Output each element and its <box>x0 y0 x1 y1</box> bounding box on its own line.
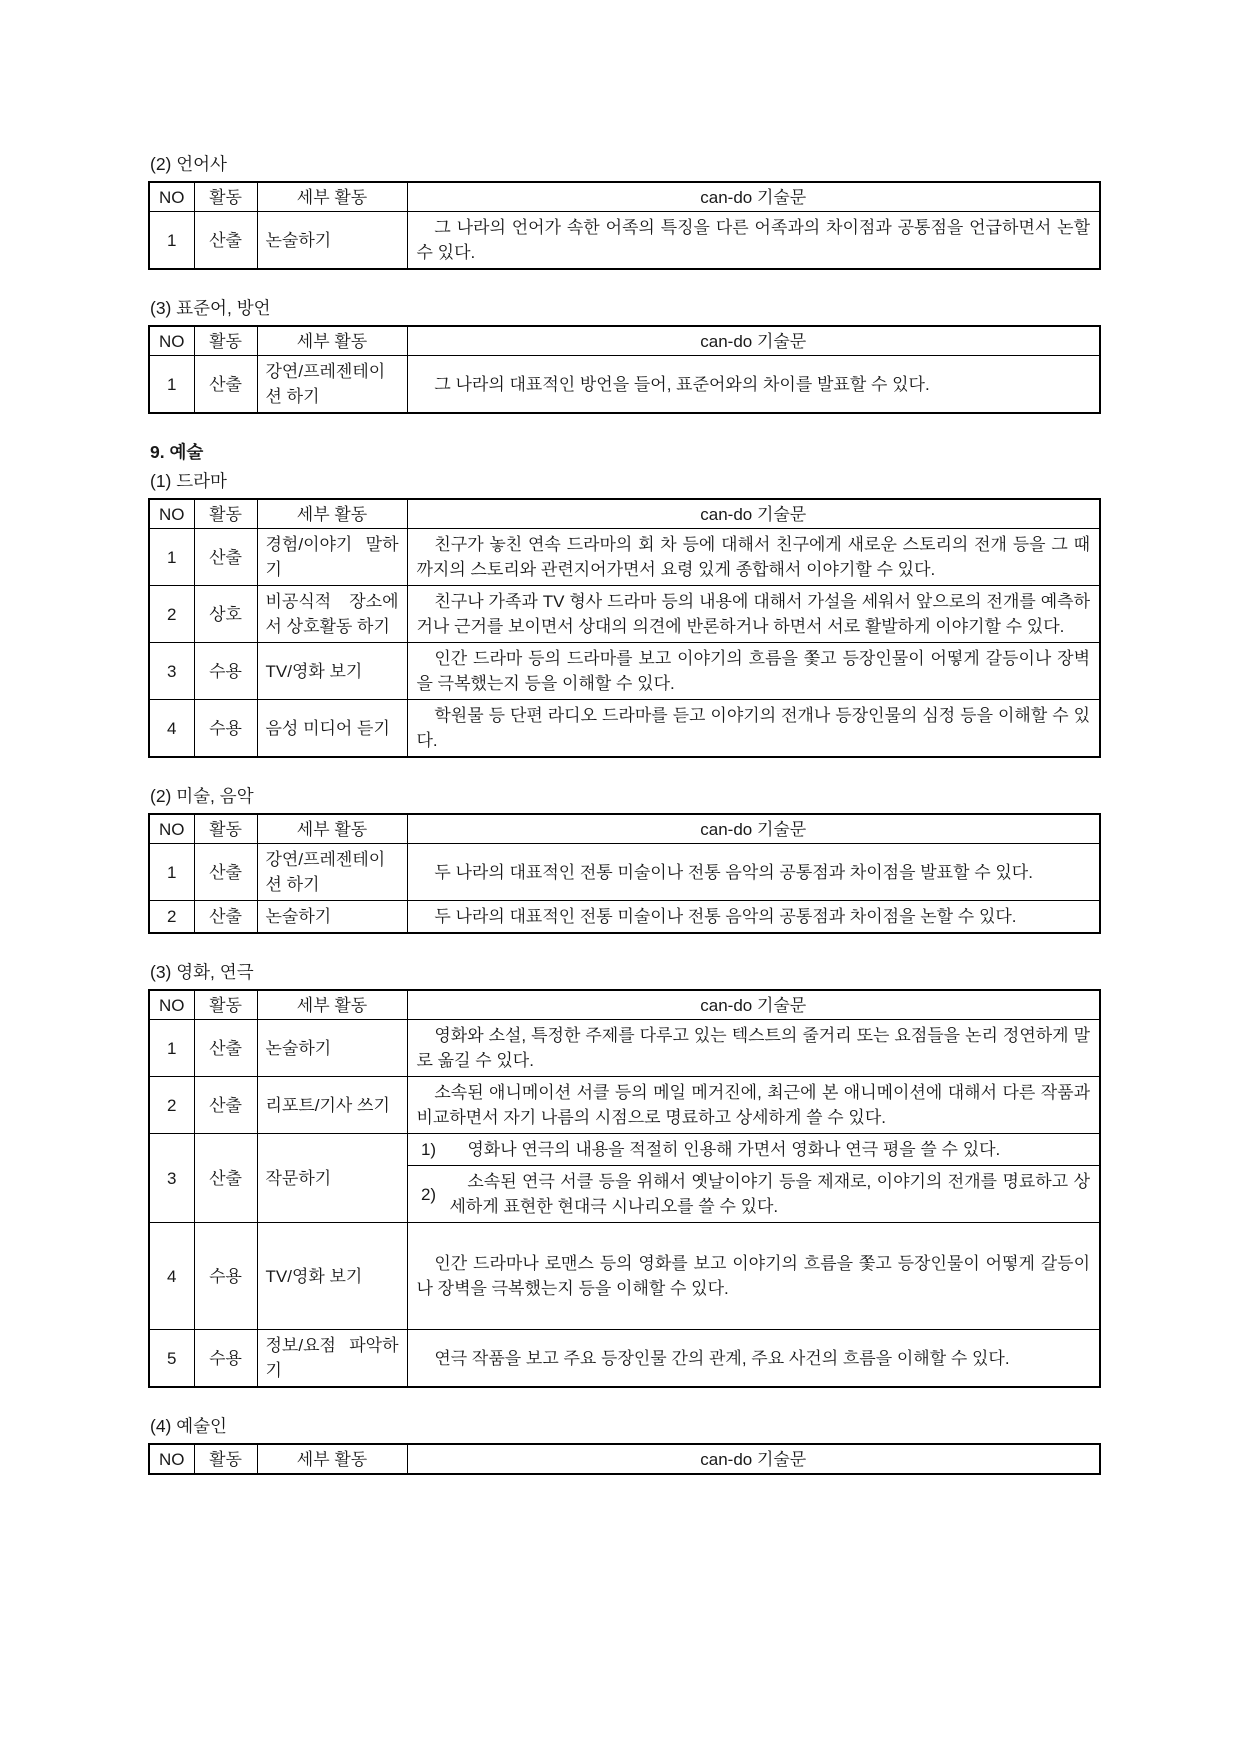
cando-item-text: 친구나 가족과 TV 형사 드라마 등의 내용에 대해서 가설을 세워서 앞으로… <box>408 586 1100 642</box>
cando-item: 인간 드라마 등의 드라마를 보고 이야기의 흐름을 쫓고 등장인물이 어떻게 … <box>408 643 1100 699</box>
detail-cell: TV/영화 보기 <box>257 643 407 700</box>
document-body: (2) 언어사NO활동세부 활동can-do 기술문1산출논술하기그 나라의 언… <box>148 152 1101 1475</box>
cando-item: 그 나라의 대표적인 방언을 들어, 표준어와의 차이를 발표할 수 있다. <box>408 369 1100 400</box>
cando-item-text: 그 나라의 대표적인 방언을 들어, 표준어와의 차이를 발표할 수 있다. <box>408 369 1100 400</box>
cando-item: 친구가 놓친 연속 드라마의 회 차 등에 대해서 친구에게 새로운 스토리의 … <box>408 529 1100 585</box>
table-head: NO활동세부 활동can-do 기술문 <box>149 326 1100 356</box>
table-body: 1산출강연/프레젠테이션 하기그 나라의 대표적인 방언을 들어, 표준어와의 … <box>149 356 1100 414</box>
activity-cell: 산출 <box>194 901 257 934</box>
table-row: 1산출논술하기영화와 소설, 특정한 주제를 다루고 있는 텍스트의 줄거리 또… <box>149 1020 1100 1077</box>
table-body: 1산출논술하기그 나라의 언어가 속한 어족의 특징을 다른 어족과의 차이점과… <box>149 212 1100 270</box>
table-row: 3수용TV/영화 보기인간 드라마 등의 드라마를 보고 이야기의 흐름을 쫓고… <box>149 643 1100 700</box>
detail-cell: 논술하기 <box>257 212 407 270</box>
activity-cell: 수용 <box>194 1330 257 1388</box>
cando-item-text: 인간 드라마 등의 드라마를 보고 이야기의 흐름을 쫓고 등장인물이 어떻게 … <box>408 643 1100 699</box>
col-header-activity: 활동 <box>194 499 257 529</box>
cando-table: NO활동세부 활동can-do 기술문1산출경험/이야기 말하기친구가 놓친 연… <box>148 498 1101 758</box>
section: (2) 미술, 음악NO활동세부 활동can-do 기술문1산출강연/프레젠테이… <box>148 784 1101 934</box>
header-row: NO활동세부 활동can-do 기술문 <box>149 326 1100 356</box>
cando-cell: 영화와 소설, 특정한 주제를 다루고 있는 텍스트의 줄거리 또는 요점들을 … <box>407 1020 1100 1077</box>
col-header-no: NO <box>149 182 194 212</box>
table-row: 1산출강연/프레젠테이션 하기두 나라의 대표적인 전통 미술이나 전통 음악의… <box>149 844 1100 901</box>
no-cell: 4 <box>149 1223 194 1330</box>
cando-cell: 친구나 가족과 TV 형사 드라마 등의 내용에 대해서 가설을 세워서 앞으로… <box>407 586 1100 643</box>
cando-item: 두 나라의 대표적인 전통 미술이나 전통 음악의 공통점과 차이점을 논할 수… <box>408 901 1100 932</box>
header-row: NO활동세부 활동can-do 기술문 <box>149 814 1100 844</box>
cando-cell: 그 나라의 대표적인 방언을 들어, 표준어와의 차이를 발표할 수 있다. <box>407 356 1100 414</box>
col-header-activity: 활동 <box>194 1444 257 1474</box>
activity-cell: 산출 <box>194 1077 257 1134</box>
no-cell: 2 <box>149 586 194 643</box>
no-cell: 3 <box>149 1134 194 1223</box>
col-header-activity: 활동 <box>194 990 257 1020</box>
cando-cell: 친구가 놓친 연속 드라마의 회 차 등에 대해서 친구에게 새로운 스토리의 … <box>407 529 1100 586</box>
col-header-no: NO <box>149 326 194 356</box>
table-body: 1산출강연/프레젠테이션 하기두 나라의 대표적인 전통 미술이나 전통 음악의… <box>149 844 1100 934</box>
cando-item-text: 소속된 애니메이션 서클 등의 메일 메거진에, 최근에 본 애니메이션에 대해… <box>408 1077 1100 1133</box>
activity-cell: 산출 <box>194 212 257 270</box>
col-header-cando: can-do 기술문 <box>407 182 1100 212</box>
col-header-activity: 활동 <box>194 326 257 356</box>
activity-cell: 수용 <box>194 643 257 700</box>
table-row: 2산출리포트/기사 쓰기소속된 애니메이션 서클 등의 메일 메거진에, 최근에… <box>149 1077 1100 1134</box>
no-cell: 2 <box>149 1077 194 1134</box>
cando-cell: 소속된 애니메이션 서클 등의 메일 메거진에, 최근에 본 애니메이션에 대해… <box>407 1077 1100 1134</box>
cando-item-text: 영화나 연극의 내용을 적절히 인용해 가면서 영화나 연극 평을 쓸 수 있다… <box>450 1134 1100 1165</box>
detail-cell: 리포트/기사 쓰기 <box>257 1077 407 1134</box>
cando-table: NO활동세부 활동can-do 기술문1산출논술하기영화와 소설, 특정한 주제… <box>148 989 1101 1388</box>
cando-cell: 그 나라의 언어가 속한 어족의 특징을 다른 어족과의 차이점과 공통점을 언… <box>407 212 1100 270</box>
table-row: 3산출작문하기1)영화나 연극의 내용을 적절히 인용해 가면서 영화나 연극 … <box>149 1134 1100 1223</box>
cando-item: 친구나 가족과 TV 형사 드라마 등의 내용에 대해서 가설을 세워서 앞으로… <box>408 586 1100 642</box>
table-row: 4수용음성 미디어 듣기학원물 등 단편 라디오 드라마를 듣고 이야기의 전개… <box>149 700 1100 758</box>
cando-item-text: 친구가 놓친 연속 드라마의 회 차 등에 대해서 친구에게 새로운 스토리의 … <box>408 529 1100 585</box>
table-head: NO활동세부 활동can-do 기술문 <box>149 499 1100 529</box>
cando-item-text: 연극 작품을 보고 주요 등장인물 간의 관계, 주요 사건의 흐름을 이해할 … <box>408 1343 1100 1374</box>
no-cell: 3 <box>149 643 194 700</box>
detail-cell: TV/영화 보기 <box>257 1223 407 1330</box>
section-label: (2) 언어사 <box>150 152 1101 177</box>
cando-item: 2)소속된 연극 서클 등을 위해서 옛날이야기 등을 제재로, 이야기의 전개… <box>408 1165 1100 1222</box>
cando-table: NO활동세부 활동can-do 기술문1산출논술하기그 나라의 언어가 속한 어… <box>148 181 1101 270</box>
detail-cell: 논술하기 <box>257 1020 407 1077</box>
header-row: NO활동세부 활동can-do 기술문 <box>149 990 1100 1020</box>
table-row: 2상호비공식적 장소에서 상호활동 하기친구나 가족과 TV 형사 드라마 등의… <box>149 586 1100 643</box>
no-cell: 4 <box>149 700 194 758</box>
no-cell: 1 <box>149 356 194 414</box>
detail-cell: 작문하기 <box>257 1134 407 1223</box>
activity-cell: 산출 <box>194 1134 257 1223</box>
col-header-detail: 세부 활동 <box>257 182 407 212</box>
document-page: (2) 언어사NO활동세부 활동can-do 기술문1산출논술하기그 나라의 언… <box>0 0 1240 1753</box>
detail-cell: 음성 미디어 듣기 <box>257 700 407 758</box>
col-header-detail: 세부 활동 <box>257 1444 407 1474</box>
cando-item: 인간 드라마나 로맨스 등의 영화를 보고 이야기의 흐름을 쫓고 등장인물이 … <box>408 1248 1100 1304</box>
col-header-cando: can-do 기술문 <box>407 814 1100 844</box>
cando-item-text: 그 나라의 언어가 속한 어족의 특징을 다른 어족과의 차이점과 공통점을 언… <box>408 212 1100 268</box>
cando-item-text: 두 나라의 대표적인 전통 미술이나 전통 음악의 공통점과 차이점을 논할 수… <box>408 901 1100 932</box>
cando-item-text: 인간 드라마나 로맨스 등의 영화를 보고 이야기의 흐름을 쫓고 등장인물이 … <box>408 1248 1100 1304</box>
section: (2) 언어사NO활동세부 활동can-do 기술문1산출논술하기그 나라의 언… <box>148 152 1101 270</box>
cando-table: NO활동세부 활동can-do 기술문1산출강연/프레젠테이션 하기두 나라의 … <box>148 813 1101 934</box>
col-header-cando: can-do 기술문 <box>407 990 1100 1020</box>
detail-cell: 강연/프레젠테이션 하기 <box>257 844 407 901</box>
table-row: 1산출논술하기그 나라의 언어가 속한 어족의 특징을 다른 어족과의 차이점과… <box>149 212 1100 270</box>
col-header-no: NO <box>149 499 194 529</box>
cando-table: NO활동세부 활동can-do 기술문1산출강연/프레젠테이션 하기그 나라의 … <box>148 325 1101 414</box>
col-header-detail: 세부 활동 <box>257 499 407 529</box>
col-header-cando: can-do 기술문 <box>407 499 1100 529</box>
col-header-cando: can-do 기술문 <box>407 1444 1100 1474</box>
no-cell: 2 <box>149 901 194 934</box>
cando-item: 학원물 등 단편 라디오 드라마를 듣고 이야기의 전개나 등장인물의 심정 등… <box>408 700 1100 756</box>
col-header-activity: 활동 <box>194 814 257 844</box>
table-head: NO활동세부 활동can-do 기술문 <box>149 990 1100 1020</box>
cando-cell: 두 나라의 대표적인 전통 미술이나 전통 음악의 공통점과 차이점을 논할 수… <box>407 901 1100 934</box>
table-row: 5수용정보/요점 파악하기연극 작품을 보고 주요 등장인물 간의 관계, 주요… <box>149 1330 1100 1388</box>
cando-item: 영화와 소설, 특정한 주제를 다루고 있는 텍스트의 줄거리 또는 요점들을 … <box>408 1020 1100 1076</box>
cando-cell: 연극 작품을 보고 주요 등장인물 간의 관계, 주요 사건의 흐름을 이해할 … <box>407 1330 1100 1388</box>
cando-item-marker: 1) <box>408 1137 450 1162</box>
table-body: 1산출경험/이야기 말하기친구가 놓친 연속 드라마의 회 차 등에 대해서 친… <box>149 529 1100 758</box>
detail-cell: 논술하기 <box>257 901 407 934</box>
cando-item: 두 나라의 대표적인 전통 미술이나 전통 음악의 공통점과 차이점을 발표할 … <box>408 857 1100 888</box>
no-cell: 5 <box>149 1330 194 1388</box>
detail-cell: 경험/이야기 말하기 <box>257 529 407 586</box>
no-cell: 1 <box>149 844 194 901</box>
cando-cell: 인간 드라마나 로맨스 등의 영화를 보고 이야기의 흐름을 쫓고 등장인물이 … <box>407 1223 1100 1330</box>
activity-cell: 산출 <box>194 1020 257 1077</box>
activity-cell: 수용 <box>194 1223 257 1330</box>
col-header-cando: can-do 기술문 <box>407 326 1100 356</box>
table-head: NO활동세부 활동can-do 기술문 <box>149 182 1100 212</box>
cando-cell: 인간 드라마 등의 드라마를 보고 이야기의 흐름을 쫓고 등장인물이 어떻게 … <box>407 643 1100 700</box>
section-heading: 9. 예술 <box>150 440 1101 465</box>
cando-table: NO활동세부 활동can-do 기술문 <box>148 1443 1101 1475</box>
col-header-no: NO <box>149 814 194 844</box>
header-row: NO활동세부 활동can-do 기술문 <box>149 182 1100 212</box>
section-label: (2) 미술, 음악 <box>150 784 1101 809</box>
section-label: (3) 표준어, 방언 <box>150 296 1101 321</box>
col-header-detail: 세부 활동 <box>257 326 407 356</box>
table-body: 1산출논술하기영화와 소설, 특정한 주제를 다루고 있는 텍스트의 줄거리 또… <box>149 1020 1100 1388</box>
cando-cell: 학원물 등 단편 라디오 드라마를 듣고 이야기의 전개나 등장인물의 심정 등… <box>407 700 1100 758</box>
cando-item: 그 나라의 언어가 속한 어족의 특징을 다른 어족과의 차이점과 공통점을 언… <box>408 212 1100 268</box>
col-header-no: NO <box>149 1444 194 1474</box>
detail-cell: 강연/프레젠테이션 하기 <box>257 356 407 414</box>
table-row: 2산출논술하기두 나라의 대표적인 전통 미술이나 전통 음악의 공통점과 차이… <box>149 901 1100 934</box>
header-row: NO활동세부 활동can-do 기술문 <box>149 1444 1100 1474</box>
detail-cell: 정보/요점 파악하기 <box>257 1330 407 1388</box>
col-header-detail: 세부 활동 <box>257 990 407 1020</box>
table-head: NO활동세부 활동can-do 기술문 <box>149 814 1100 844</box>
section: (3) 표준어, 방언NO활동세부 활동can-do 기술문1산출강연/프레젠테… <box>148 296 1101 414</box>
activity-cell: 산출 <box>194 844 257 901</box>
cando-item: 1)영화나 연극의 내용을 적절히 인용해 가면서 영화나 연극 평을 쓸 수 … <box>408 1134 1100 1165</box>
detail-cell: 비공식적 장소에서 상호활동 하기 <box>257 586 407 643</box>
table-row: 1산출강연/프레젠테이션 하기그 나라의 대표적인 방언을 들어, 표준어와의 … <box>149 356 1100 414</box>
activity-cell: 산출 <box>194 529 257 586</box>
section: (3) 영화, 연극NO활동세부 활동can-do 기술문1산출논술하기영화와 … <box>148 960 1101 1388</box>
activity-cell: 산출 <box>194 356 257 414</box>
cando-item: 연극 작품을 보고 주요 등장인물 간의 관계, 주요 사건의 흐름을 이해할 … <box>408 1343 1100 1374</box>
activity-cell: 상호 <box>194 586 257 643</box>
cando-item: 소속된 애니메이션 서클 등의 메일 메거진에, 최근에 본 애니메이션에 대해… <box>408 1077 1100 1133</box>
no-cell: 1 <box>149 529 194 586</box>
cando-item-text: 소속된 연극 서클 등을 위해서 옛날이야기 등을 제재로, 이야기의 전개를 … <box>450 1166 1100 1222</box>
section: (4) 예술인NO활동세부 활동can-do 기술문 <box>148 1414 1101 1475</box>
section: 9. 예술(1) 드라마NO활동세부 활동can-do 기술문1산출경험/이야기… <box>148 440 1101 758</box>
header-row: NO활동세부 활동can-do 기술문 <box>149 499 1100 529</box>
table-head: NO활동세부 활동can-do 기술문 <box>149 1444 1100 1474</box>
no-cell: 1 <box>149 1020 194 1077</box>
activity-cell: 수용 <box>194 700 257 758</box>
no-cell: 1 <box>149 212 194 270</box>
cando-item-text: 학원물 등 단편 라디오 드라마를 듣고 이야기의 전개나 등장인물의 심정 등… <box>408 700 1100 756</box>
section-label: (1) 드라마 <box>150 469 1101 494</box>
cando-cell: 1)영화나 연극의 내용을 적절히 인용해 가면서 영화나 연극 평을 쓸 수 … <box>407 1134 1100 1223</box>
table-row: 4수용TV/영화 보기인간 드라마나 로맨스 등의 영화를 보고 이야기의 흐름… <box>149 1223 1100 1330</box>
cando-item-text: 두 나라의 대표적인 전통 미술이나 전통 음악의 공통점과 차이점을 발표할 … <box>408 857 1100 888</box>
col-header-detail: 세부 활동 <box>257 814 407 844</box>
cando-item-marker: 2) <box>408 1182 450 1207</box>
col-header-activity: 활동 <box>194 182 257 212</box>
cando-item-text: 영화와 소설, 특정한 주제를 다루고 있는 텍스트의 줄거리 또는 요점들을 … <box>408 1020 1100 1076</box>
section-label: (3) 영화, 연극 <box>150 960 1101 985</box>
cando-cell: 두 나라의 대표적인 전통 미술이나 전통 음악의 공통점과 차이점을 발표할 … <box>407 844 1100 901</box>
section-label: (4) 예술인 <box>150 1414 1101 1439</box>
table-row: 1산출경험/이야기 말하기친구가 놓친 연속 드라마의 회 차 등에 대해서 친… <box>149 529 1100 586</box>
col-header-no: NO <box>149 990 194 1020</box>
